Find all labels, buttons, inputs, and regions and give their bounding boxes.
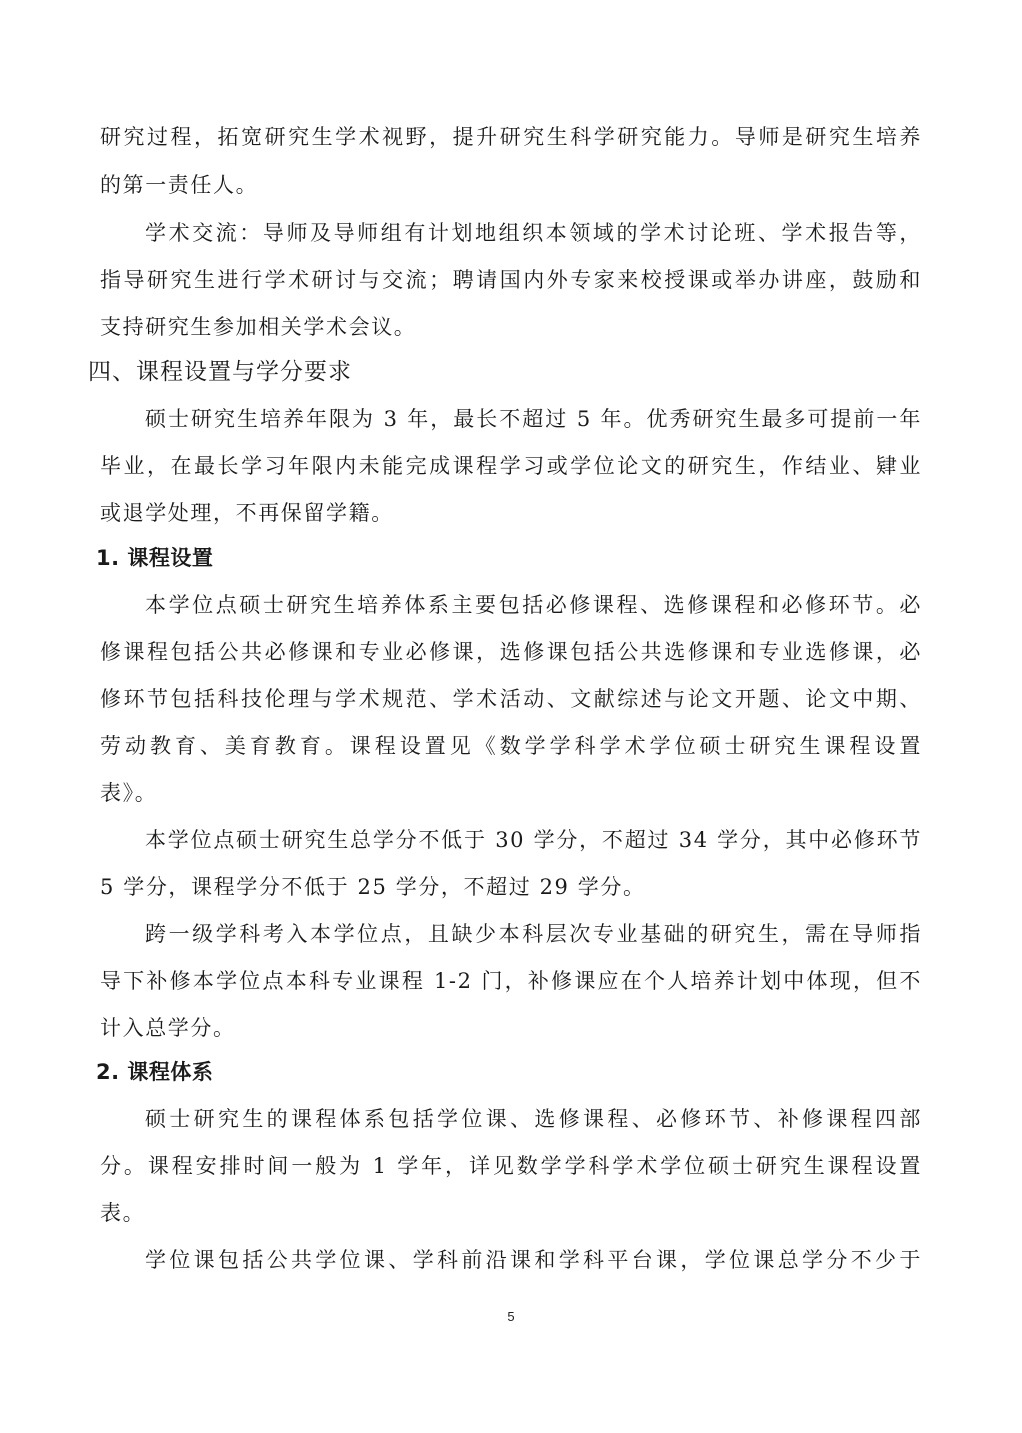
paragraph-line: 的第一责任人。 <box>100 170 922 200</box>
paragraph-line: 本学位点硕士研究生总学分不低于 30 学分，不超过 34 学分，其中必修环节 <box>145 825 922 855</box>
paragraph-line: 本学位点硕士研究生培养体系主要包括必修课程、选修课程和必修环节。必 <box>145 590 922 620</box>
paragraph-line: 指导研究生进行学术研讨与交流；聘请国内外专家来校授课或举办讲座，鼓励和 <box>100 265 922 295</box>
paragraph-line: 毕业，在最长学习年限内未能完成课程学习或学位论文的研究生，作结业、肄业 <box>100 451 922 481</box>
subsection-heading: 2. 课程体系 <box>96 1057 213 1087</box>
paragraph-line: 硕士研究生的课程体系包括学位课、选修课程、必修环节、补修课程四部 <box>145 1104 922 1134</box>
paragraph-line: 劳动教育、美育教育。课程设置见《数学学科学术学位硕士研究生课程设置 <box>100 731 922 761</box>
paragraph-line: 或退学处理，不再保留学籍。 <box>100 498 922 528</box>
paragraph-line: 研究过程，拓宽研究生学术视野，提升研究生科学研究能力。导师是研究生培养 <box>100 122 922 152</box>
section-heading: 四、课程设置与学分要求 <box>88 356 352 388</box>
paragraph-line: 硕士研究生培养年限为 3 年，最长不超过 5 年。优秀研究生最多可提前一年 <box>145 404 922 434</box>
paragraph-line: 导下补修本学位点本科专业课程 1-2 门，补修课应在个人培养计划中体现，但不 <box>100 966 922 996</box>
paragraph-line: 计入总学分。 <box>100 1013 922 1043</box>
page-number: 5 <box>0 1309 1022 1324</box>
paragraph-line: 修课程包括公共必修课和专业必修课，选修课包括公共选修课和专业选修课，必 <box>100 637 922 667</box>
paragraph-line: 支持研究生参加相关学术会议。 <box>100 312 922 342</box>
paragraph-line: 学位课包括公共学位课、学科前沿课和学科平台课，学位课总学分不少于 <box>145 1245 922 1275</box>
paragraph-line: 学术交流：导师及导师组有计划地组织本领域的学术讨论班、学术报告等， <box>145 218 922 248</box>
paragraph-line: 5 学分，课程学分不低于 25 学分，不超过 29 学分。 <box>100 872 922 902</box>
paragraph-line: 修环节包括科技伦理与学术规范、学术活动、文献综述与论文开题、论文中期、 <box>100 684 922 714</box>
paragraph-line: 跨一级学科考入本学位点，且缺少本科层次专业基础的研究生，需在导师指 <box>145 919 922 949</box>
subsection-heading: 1. 课程设置 <box>96 543 213 573</box>
paragraph-line: 表。 <box>100 1198 922 1228</box>
paragraph-line: 分。课程安排时间一般为 1 学年，详见数学学科学术学位硕士研究生课程设置 <box>100 1151 922 1181</box>
paragraph-line: 表》。 <box>100 778 922 808</box>
document-page: 研究过程，拓宽研究生学术视野，提升研究生科学研究能力。导师是研究生培养 的第一责… <box>0 0 1022 1433</box>
